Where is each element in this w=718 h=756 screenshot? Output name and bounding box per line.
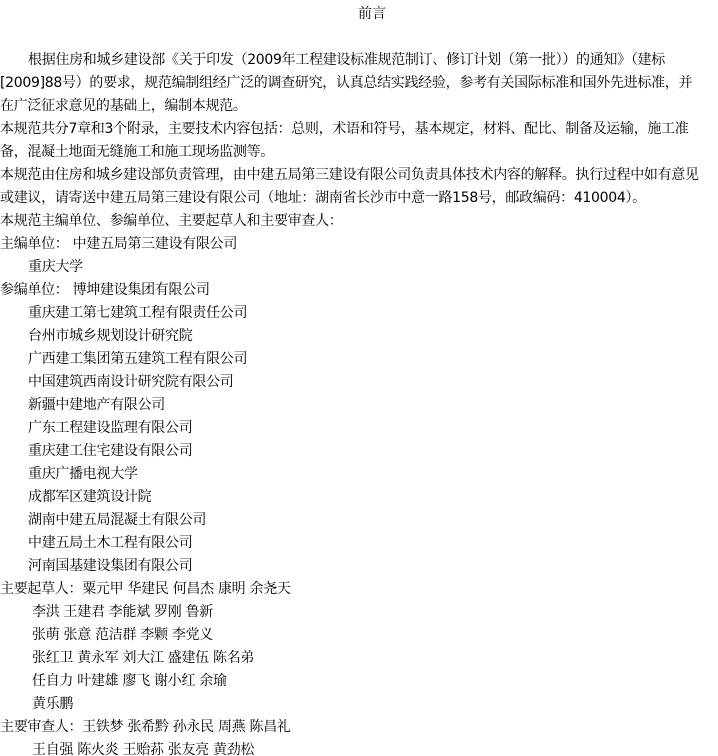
participating-unit: 新疆中建地产有限公司 bbox=[28, 395, 165, 415]
participating-unit: 重庆建工住宅建设有限公司 bbox=[28, 441, 192, 461]
participating-unit: 博坤建设集团有限公司 bbox=[73, 282, 210, 298]
chief-unit: 重庆大学 bbox=[28, 257, 83, 277]
paragraph-line: 本规范由住房和城乡建设部负责管理，由中建五局第三建设有限公司负责具体技术内容的解… bbox=[0, 165, 699, 185]
page-title: 前言 bbox=[0, 4, 718, 24]
participating-unit: 河南国基建设集团有限公司 bbox=[28, 556, 192, 576]
paragraph-line: 本规范共分7章和3个附录，主要技术内容包括：总则，术语和符号，基本规定，材料、配… bbox=[0, 119, 689, 139]
paragraph-line: [2009]88号）的要求，规范编制组经广泛的调查研究，认真总结实践经验，参考有… bbox=[0, 73, 692, 93]
participating-units-row: 参编单位： 博坤建设集团有限公司 bbox=[0, 280, 210, 300]
participating-unit: 广东工程建设监理有限公司 bbox=[28, 418, 192, 438]
drafters-label: 主要起草人： bbox=[0, 581, 82, 597]
paragraph-line: 备，混凝土地面无缝施工和施工现场监测等。 bbox=[0, 142, 274, 162]
paragraph-line: 根据住房和城乡建设部《关于印发（2009年工程建设标准规范制订、修订计划（第一批… bbox=[28, 50, 665, 70]
reviewers-names: 王铁梦 张希黔 孙永民 周燕 陈昌礼 bbox=[82, 719, 290, 735]
paragraph-line: 或建议，请寄送中建五局第三建设有限公司（地址：湖南省长沙市中意一路158号，邮政… bbox=[0, 188, 646, 208]
reviewers-label: 主要审查人： bbox=[0, 719, 82, 735]
chief-units-label: 主编单位： bbox=[0, 236, 69, 252]
drafters-names: 张萌 张意 范洁群 李颗 李党义 bbox=[32, 625, 213, 645]
drafters-names: 李洪 王建君 李能斌 罗刚 鲁新 bbox=[32, 602, 213, 622]
paragraph-line: 在广泛征求意见的基础上，编制本规范。 bbox=[0, 96, 247, 116]
participating-unit: 广西建工集团第五建筑工程有限公司 bbox=[28, 349, 247, 369]
participating-unit: 台州市城乡规划设计研究院 bbox=[28, 326, 192, 346]
chief-unit: 中建五局第三建设有限公司 bbox=[73, 236, 237, 252]
drafters-names: 张红卫 黄永军 刘大江 盛建伍 陈名弟 bbox=[32, 648, 254, 668]
drafters-names: 黄乐鹏 bbox=[32, 694, 73, 714]
participating-unit: 中国建筑西南设计研究院有限公司 bbox=[28, 372, 234, 392]
participating-units-label: 参编单位： bbox=[0, 282, 69, 298]
reviewers-row: 主要审查人：王铁梦 张希黔 孙永民 周燕 陈昌礼 bbox=[0, 717, 291, 737]
participating-unit: 重庆广播电视大学 bbox=[28, 464, 138, 484]
participating-unit: 成都军区建筑设计院 bbox=[28, 487, 151, 507]
participating-unit: 湖南中建五局混凝土有限公司 bbox=[28, 510, 206, 530]
drafters-row: 主要起草人：粟元甲 华建民 何昌杰 康明 余尧天 bbox=[0, 579, 291, 599]
reviewers-names: 王自强 陈火炎 王贻荪 张友亮 黄劲松 bbox=[32, 740, 254, 756]
paragraph-line: 本规范主编单位、参编单位、主要起草人和主要审查人： bbox=[0, 211, 343, 231]
drafters-names: 任自力 叶建雄 廖飞 谢小红 余瑜 bbox=[32, 671, 227, 691]
participating-unit: 重庆建工第七建筑工程有限责任公司 bbox=[28, 303, 247, 323]
chief-units-row: 主编单位： 中建五局第三建设有限公司 bbox=[0, 234, 237, 254]
drafters-names: 粟元甲 华建民 何昌杰 康明 余尧天 bbox=[82, 581, 290, 597]
participating-unit: 中建五局土木工程有限公司 bbox=[28, 533, 192, 553]
